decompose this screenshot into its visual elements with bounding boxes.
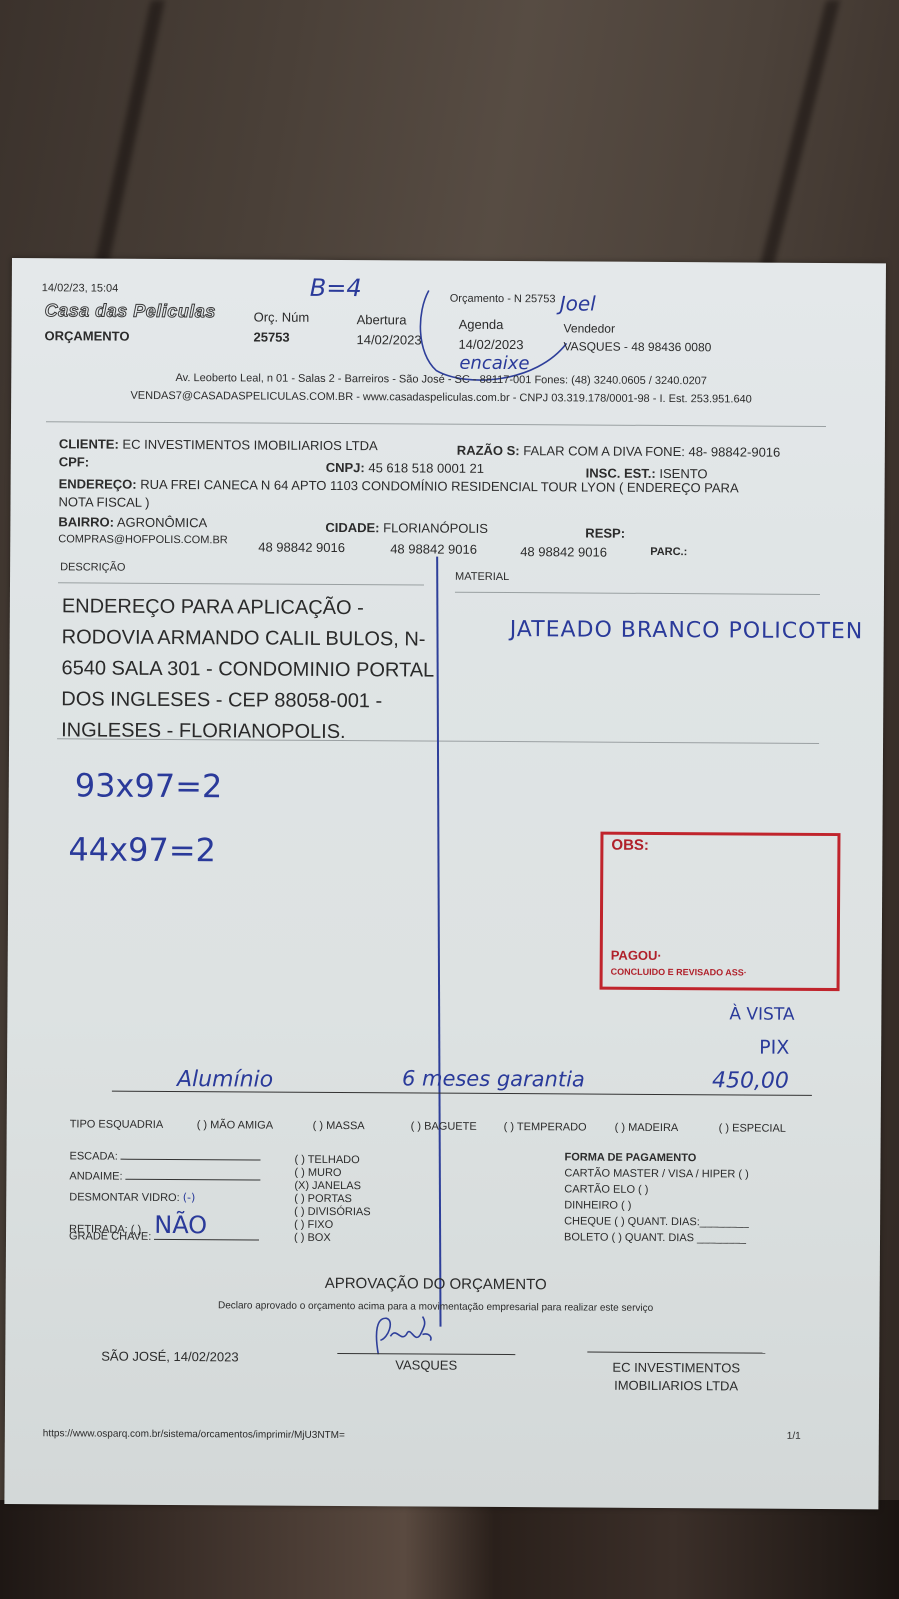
payment-title: FORMA DE PAGAMENTO — [564, 1149, 749, 1166]
seller-signature-name: VASQUES — [337, 1357, 515, 1373]
orc-num-value: 25753 — [253, 329, 289, 344]
cidade-field: CIDADE: FLORIANÓPOLIS — [325, 520, 488, 536]
obs-label: OBS: — [611, 837, 649, 854]
payment-option[interactable]: BOLETO ( ) QUANT. DIAS ________ — [564, 1229, 749, 1246]
bairro-value: AGRONÔMICA — [117, 515, 207, 531]
agenda-value: 14/02/2023 — [458, 337, 523, 352]
grade-field[interactable]: GRADE CHAVE: — [69, 1230, 259, 1243]
bairro-label: BAIRRO: — [58, 514, 114, 529]
parc-label: PARC.: — [650, 546, 687, 558]
price-note: 450,00 — [712, 1068, 789, 1093]
doc-type: ORÇAMENTO — [44, 328, 129, 344]
company-logo: Casa das Peliculas — [45, 300, 216, 322]
andaime-label: ANDAIME: — [69, 1170, 122, 1182]
cliente-value: EC INVESTIMENTOS IMOBILIARIOS LTDA — [122, 437, 377, 454]
payment-option[interactable]: CARTÃO MASTER / VISA / HIPER ( ) — [564, 1165, 749, 1182]
place-date: SÃO JOSÉ, 14/02/2023 — [101, 1349, 238, 1365]
esquadria-option[interactable]: ( ) TEMPERADO — [504, 1121, 587, 1134]
client-signature-name-1: EC INVESTIMENTOS — [587, 1360, 765, 1376]
desmontar-mark: (-) — [183, 1191, 196, 1204]
client-signature-name-2: IMOBILIARIOS LTDA — [587, 1378, 765, 1394]
vendedor-label: Vendedor — [564, 321, 615, 335]
cpf-label: CPF: — [59, 454, 89, 469]
avista-note: À VISTA — [729, 1004, 794, 1024]
resp-label: RESP: — [585, 526, 625, 541]
descricao-text: ENDEREÇO PARA APLICAÇÃO - RODOVIA ARMAND… — [61, 591, 442, 748]
location-box[interactable]: ( ) BOX — [294, 1232, 370, 1245]
descricao-header: DESCRIÇÃO — [60, 561, 125, 573]
location-telhado[interactable]: ( ) TELHADO — [294, 1154, 370, 1167]
material-header: MATERIAL — [455, 571, 509, 583]
abertura-value: 14/02/2023 — [356, 332, 421, 347]
client-email: COMPRAS@HOFPOLIS.COM.BR — [58, 533, 228, 546]
obs-box: OBS: PAGOU· CONCLUIDO E REVISADO ASS· — [600, 832, 841, 991]
company-contact: VENDAS7@CASADASPELICULAS.COM.BR - www.ca… — [11, 389, 871, 406]
esquadria-label: TIPO ESQUADRIA — [70, 1118, 164, 1131]
escada-field[interactable]: ESCADA: — [69, 1150, 260, 1163]
endereco-cont: NOTA FISCAL ) — [58, 494, 149, 510]
orcamento-ref: Orçamento - N 25753 — [450, 293, 556, 306]
measure-2: 44x97=2 — [68, 830, 216, 869]
approval-title: APROVAÇÃO DO ORÇAMENTO — [6, 1273, 866, 1295]
aluminio-note: Alumínio — [177, 1067, 273, 1093]
desmontar-label: DESMONTAR VIDRO: — [69, 1191, 179, 1204]
agenda-label: Agenda — [459, 317, 504, 332]
client-phone-2: 48 98842 9016 — [390, 541, 477, 557]
cidade-label: CIDADE: — [325, 520, 379, 535]
pagou-label: PAGOU· — [611, 948, 662, 963]
client-phone-3: 48 98842 9016 — [520, 544, 607, 560]
background-surface — [0, 1500, 899, 1599]
handwritten-b4: B=4 — [310, 274, 362, 302]
cidade-value: FLORIANÓPOLIS — [383, 520, 488, 536]
endereco-label: ENDEREÇO: — [59, 476, 137, 491]
concluido-label: CONCLUIDO E REVISADO ASS· — [611, 967, 747, 978]
background-groove — [89, 0, 165, 290]
insc-value: ISENTO — [659, 466, 707, 481]
cnpj-value: 45 618 518 0001 21 — [368, 460, 484, 476]
quote-document: 14/02/23, 15:04 Casa das Peliculas ORÇAM… — [4, 258, 886, 1509]
esquadria-option[interactable]: ( ) MÃO AMIGA — [197, 1119, 273, 1131]
desmontar-field[interactable]: DESMONTAR VIDRO: (-) — [69, 1190, 195, 1204]
material-handwritten: JATEADO BRANCO POLICOTEN — [510, 617, 864, 644]
payment-option[interactable]: CARTÃO ELO ( ) — [564, 1181, 749, 1198]
divider — [58, 582, 424, 585]
grade-label: GRADE CHAVE: — [69, 1230, 151, 1243]
esquadria-option[interactable]: ( ) ESPECIAL — [719, 1122, 786, 1134]
escada-label: ESCADA: — [69, 1150, 117, 1162]
location-divisorias[interactable]: ( ) DIVISÓRIAS — [294, 1206, 370, 1219]
esquadria-option[interactable]: ( ) BAGUETE — [411, 1120, 477, 1132]
divider — [46, 421, 826, 427]
handwritten-encaixe: encaixe — [459, 353, 529, 374]
cnpj-label: CNPJ: — [326, 460, 365, 475]
footer-page: 1/1 — [787, 1431, 801, 1442]
location-janelas[interactable]: (X) JANELAS — [294, 1180, 370, 1193]
divider — [455, 592, 820, 595]
bairro-field: BAIRRO: AGRONÔMICA — [58, 514, 207, 530]
pix-note: PIX — [759, 1037, 789, 1059]
payment-section: FORMA DE PAGAMENTO CARTÃO MASTER / VISA … — [564, 1149, 749, 1246]
location-list: ( ) TELHADO ( ) MURO (X) JANELAS ( ) POR… — [294, 1154, 371, 1245]
cliente-field: CLIENTE: EC INVESTIMENTOS IMOBILIARIOS L… — [59, 436, 378, 453]
print-datetime: 14/02/23, 15:04 — [42, 282, 119, 294]
location-muro[interactable]: ( ) MURO — [294, 1167, 370, 1180]
esquadria-option[interactable]: ( ) MADEIRA — [615, 1122, 679, 1134]
esquadria-option[interactable]: ( ) MASSA — [313, 1120, 365, 1132]
location-portas[interactable]: ( ) PORTAS — [294, 1193, 370, 1206]
payment-option[interactable]: DINHEIRO ( ) — [564, 1197, 749, 1214]
background-groove — [754, 0, 840, 290]
cliente-label: CLIENTE: — [59, 436, 119, 451]
payment-option[interactable]: CHEQUE ( ) QUANT. DIAS:________ — [564, 1213, 749, 1230]
andaime-field[interactable]: ANDAIME: — [69, 1170, 260, 1183]
abertura-label: Abertura — [357, 312, 407, 327]
footer-url: https://www.osparq.com.br/sistema/orcame… — [43, 1428, 345, 1441]
measure-1: 93x97=2 — [75, 766, 223, 805]
client-signature-line — [587, 1352, 765, 1354]
signature-line — [112, 1091, 812, 1096]
handwritten-name: Joel — [560, 291, 596, 315]
garantia-note: 6 meses garantia — [402, 1066, 585, 1091]
location-fixo[interactable]: ( ) FIXO — [294, 1219, 370, 1232]
endereco-value: RUA FREI CANECA N 64 APTO 1103 CONDOMÍNI… — [140, 477, 738, 496]
client-phone-1: 48 98842 9016 — [258, 540, 345, 556]
razao-value: FALAR COM A DIVA FONE: 48- 98842-9016 — [523, 443, 780, 460]
company-address: Av. Leoberto Leal, n 01 - Salas 2 - Barr… — [11, 371, 871, 388]
endereco-field: ENDEREÇO: RUA FREI CANECA N 64 APTO 1103… — [59, 476, 739, 495]
signature-icon — [360, 1312, 460, 1358]
orc-num-label: Orç. Núm — [254, 309, 310, 324]
razao-field: RAZÃO S: FALAR COM A DIVA FONE: 48- 9884… — [457, 443, 781, 460]
vendedor-value: VASQUES - 48 98436 0080 — [563, 339, 711, 354]
razao-label: RAZÃO S: — [457, 443, 520, 458]
cnpj-field: CNPJ: 45 618 518 0001 21 — [326, 460, 484, 476]
